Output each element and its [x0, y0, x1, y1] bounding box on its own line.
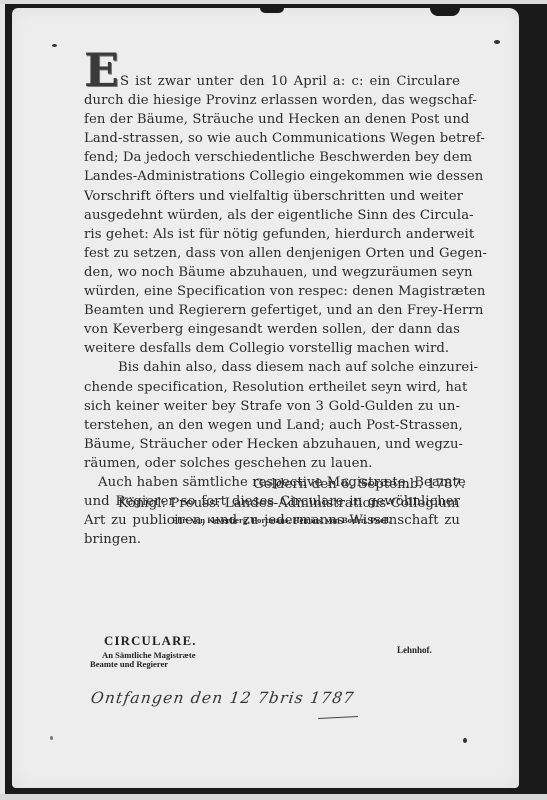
address-line: Beamte und Regierer	[90, 659, 168, 669]
body-line: von Keverberg eingesandt werden sollen, …	[84, 320, 460, 339]
body-line: Vorschrift öfters und vielfaltig übersch…	[84, 187, 460, 206]
paper-tear	[260, 8, 284, 13]
body-line: durch die hiesige Provinz erlassen worde…	[84, 91, 460, 110]
scan-border-bottom	[0, 794, 547, 800]
signatures: Fhr: von Keverberg. Portmans. Heinius. v…	[172, 515, 391, 525]
body-line: Bäume, Sträucher oder Hecken abzuhauen, …	[84, 435, 460, 454]
body-line: sich keiner weiter bey Strafe von 3 Gold…	[84, 397, 460, 416]
paper-speck	[463, 738, 467, 743]
body-line: terstehen, an den wegen und Land; auch P…	[84, 416, 460, 435]
body-line: ris gehet: Als ist für nötig gefunden, h…	[84, 225, 460, 244]
paper-speck	[52, 44, 57, 47]
scan-border-left	[0, 0, 5, 800]
scan-border-top	[0, 0, 547, 4]
body-line: ausgedehnt würden, als der eigentliche S…	[84, 206, 460, 225]
body-line: S ist zwar unter den 10 April a: c: ein …	[84, 72, 460, 91]
body-line: Landes-Administrations Collegio eingekom…	[84, 167, 460, 186]
address-title: CIRCULARE.	[104, 634, 197, 649]
paper-speck	[50, 736, 53, 740]
body-line: räumen, oder solches geschehen zu lauen.	[84, 454, 460, 473]
body-line: fend; Da jedoch verschiedentliche Beschw…	[84, 148, 460, 167]
body-line: Bis dahin also, dass diesem nach auf sol…	[84, 358, 460, 377]
body-line: Beamten und Regierern gefertiget, und an…	[84, 301, 460, 320]
recipient-label: Lehnhof.	[397, 645, 432, 655]
issuing-authority: Königl: Preuss: Landes-Administrations-C…	[118, 496, 460, 511]
body-line: Land-strassen, so wie auch Communication…	[84, 129, 460, 148]
paper-tear	[430, 8, 460, 16]
body-line: bringen.	[84, 530, 460, 549]
body-line: chende specification, Resolution ertheil…	[84, 378, 460, 397]
body-line: fest zu setzen, dass von allen denjenige…	[84, 244, 460, 263]
date-line: Geldern den 6. Septemb. 1787.	[253, 477, 465, 492]
body-line: weitere desfalls dem Collegio vorstellig…	[84, 339, 460, 358]
body-line: fen der Bäume, Sträuche und Hecken an de…	[84, 110, 460, 129]
body-line: den, wo noch Bäume abzuhauen, und wegzur…	[84, 263, 460, 282]
body-line: würden, eine Specification von respec: d…	[84, 282, 460, 301]
paper-speck	[494, 40, 500, 44]
handwritten-receipt-note: Ontfangen den 12 7bris 1787	[90, 689, 356, 707]
